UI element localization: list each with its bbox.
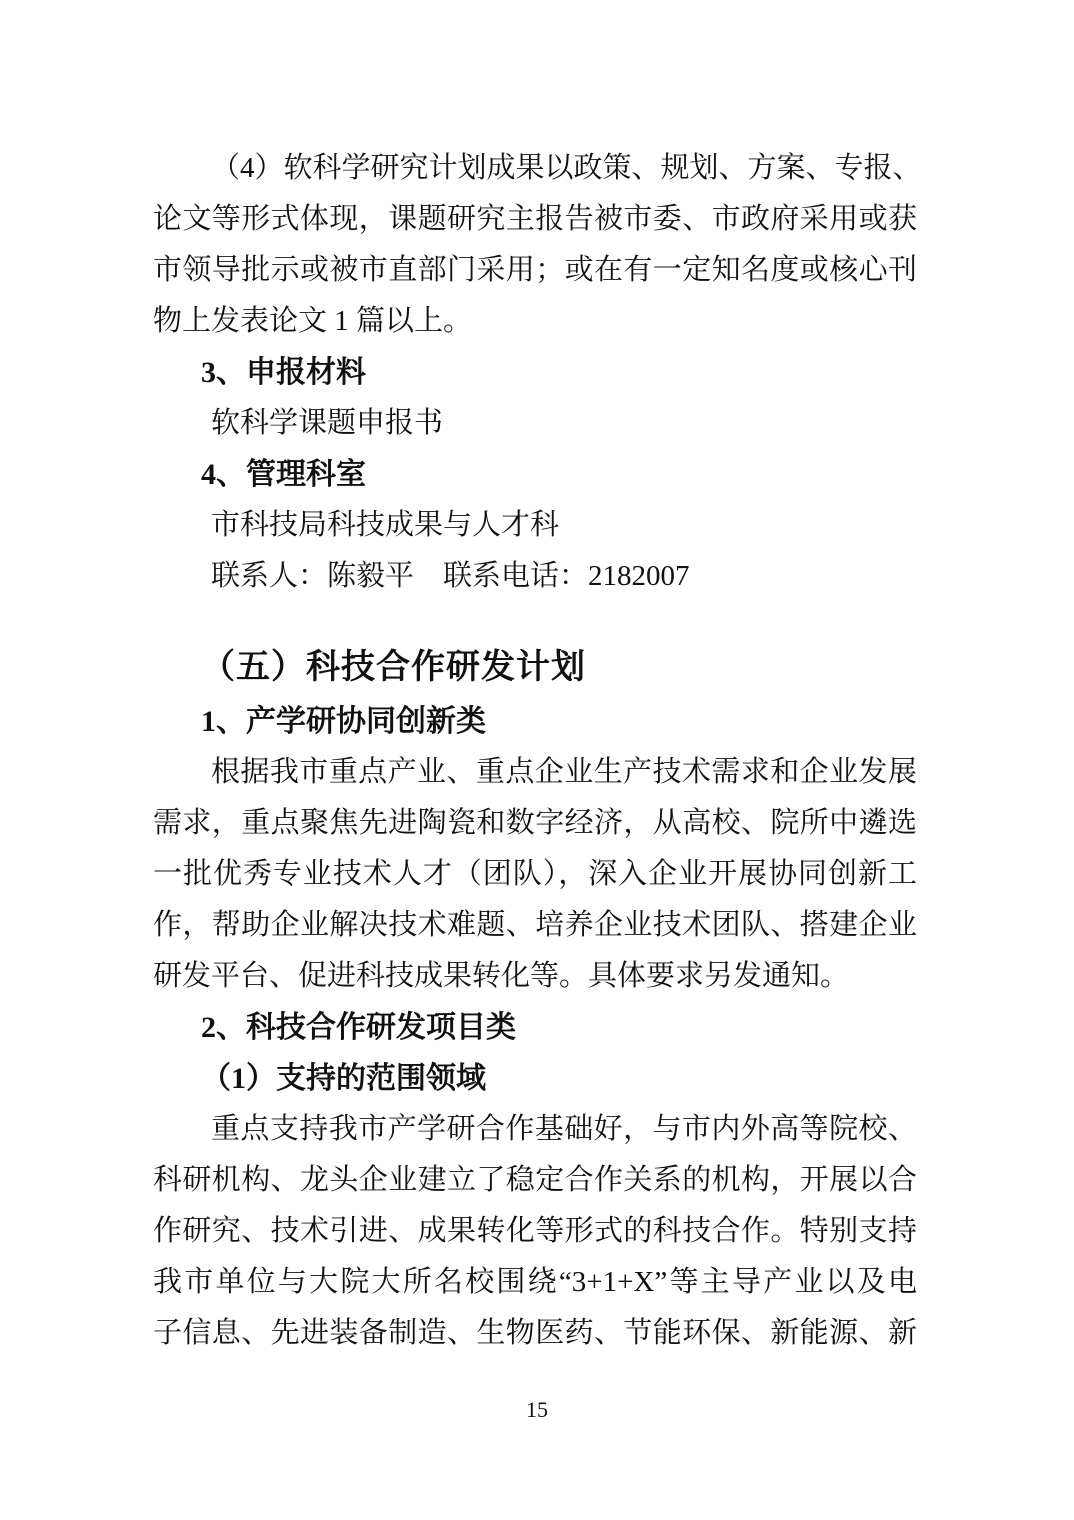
paragraph-line: 重点支持我市产学研合作基础好，与市内外高等院校、 xyxy=(153,1104,917,1155)
subheading-application-materials: 3、申报材料 xyxy=(153,347,917,398)
document-page: （4）软科学研究计划成果以政策、规划、方案、专报、 论文等形式体现，课题研究主报… xyxy=(0,0,1074,1520)
paragraph-line: 作，帮助企业解决技术难题、培养企业技术团队、搭建企业 xyxy=(153,900,917,951)
paragraph-line: 论文等形式体现，课题研究主报告被市委、市政府采用或获 xyxy=(153,194,917,245)
page-number: 15 xyxy=(0,1395,1074,1425)
paragraph-line: 市科技局科技成果与人才科 xyxy=(153,500,917,551)
paragraph-line: 子信息、先进装备制造、生物医药、节能环保、新能源、新 xyxy=(153,1308,917,1359)
paragraph-line: 一批优秀专业技术人才（团队），深入企业开展协同创新工 xyxy=(153,849,917,900)
paragraph-line: 软科学课题申报书 xyxy=(153,398,917,449)
subheading-supported-scope: （1）支持的范围领域 xyxy=(153,1053,917,1104)
subheading-industry-university-research: 1、产学研协同创新类 xyxy=(153,696,917,747)
paragraph-line: 作研究、技术引进、成果转化等形式的科技合作。特别支持 xyxy=(153,1206,917,1257)
paragraph-line: 科研机构、龙头企业建立了稳定合作关系的机构，开展以合 xyxy=(153,1155,917,1206)
paragraph-line: 研发平台、促进科技成果转化等。具体要求另发通知。 xyxy=(153,951,917,1002)
subheading-managing-office: 4、管理科室 xyxy=(153,449,917,500)
paragraph-line: 物上发表论文 1 篇以上。 xyxy=(153,296,917,347)
paragraph-line: 需求，重点聚焦先进陶瓷和数字经济，从高校、院所中遴选 xyxy=(153,798,917,849)
paragraph-line: （4）软科学研究计划成果以政策、规划、方案、专报、 xyxy=(153,143,917,194)
paragraph-line: 市领导批示或被市直部门采用；或在有一定知名度或核心刊 xyxy=(153,245,917,296)
page-content: （4）软科学研究计划成果以政策、规划、方案、专报、 论文等形式体现，课题研究主报… xyxy=(153,143,917,1359)
paragraph-line: 我市单位与大院大所名校围绕“3+1+X”等主导产业以及电 xyxy=(153,1257,917,1308)
subheading-cooperation-rd-projects: 2、科技合作研发项目类 xyxy=(153,1002,917,1053)
contact-line: 联系人：陈毅平 联系电话：2182007 xyxy=(153,551,917,602)
paragraph-line: 根据我市重点产业、重点企业生产技术需求和企业发展 xyxy=(153,747,917,798)
section-heading-sci-tech-cooperation-plan: （五）科技合作研发计划 xyxy=(153,638,917,696)
